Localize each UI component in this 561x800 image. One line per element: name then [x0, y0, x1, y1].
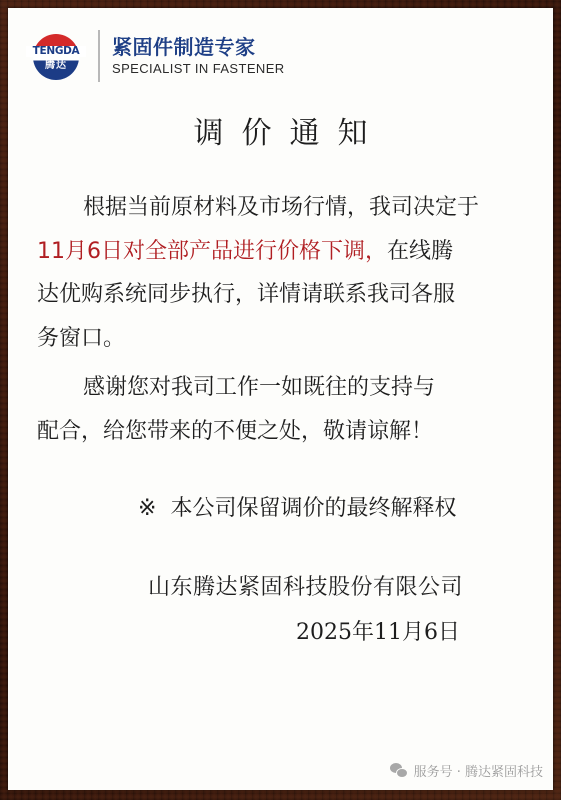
paragraph-2-line-2: 配合，给您带来的不便之处，敬请谅解！	[37, 410, 527, 454]
tengda-logo: TENGDA 腾达	[26, 31, 86, 81]
wechat-icon	[390, 763, 408, 778]
reservation-clause: ※本公司保留调价的最终解释权	[138, 489, 456, 529]
wechat-watermark: 服务号 · 腾达紧固科技	[390, 761, 543, 780]
paragraph-1-line-4: 务窗口。	[37, 317, 527, 361]
slogan-english: SPECIALIST IN FASTENER	[112, 61, 285, 77]
notice-date: 2025年11月6日	[296, 613, 460, 653]
logo-circle-icon	[33, 34, 79, 80]
company-header: TENGDA 腾达 紧固件制造专家 SPECIALIST IN FASTENER	[26, 28, 285, 84]
watermark-text: 服务号 · 腾达紧固科技	[414, 761, 543, 780]
reservation-text: 本公司保留调价的最终解释权	[170, 496, 456, 521]
logo-chinese-text: 腾达	[26, 60, 86, 72]
paragraph-2-line-1: 感谢您对我司工作一如既往的支持与	[37, 366, 527, 410]
notice-body: 根据当前原材料及市场行情，我司决定于 11月6日对全部产品进行价格下调，在线腾 …	[37, 186, 527, 453]
notice-paper: TENGDA 腾达 紧固件制造专家 SPECIALIST IN FASTENER…	[8, 8, 553, 790]
notice-title: 调价通知	[8, 108, 553, 152]
reference-mark-icon: ※	[138, 496, 156, 521]
price-reduction-highlight: 11月6日对全部产品进行价格下调，	[37, 239, 387, 264]
paragraph-1-line-1: 根据当前原材料及市场行情，我司决定于	[37, 186, 527, 230]
paragraph-1-line-2-rest: 在线腾	[387, 239, 453, 264]
logo-english-text: TENGDA	[26, 46, 86, 57]
slogan: 紧固件制造专家 SPECIALIST IN FASTENER	[112, 35, 285, 77]
paragraph-1-line-3: 达优购系统同步执行，详情请联系我司各服	[37, 273, 527, 317]
slogan-chinese: 紧固件制造专家	[112, 35, 285, 59]
header-divider	[98, 30, 100, 82]
company-signature: 山东腾达紧固科技股份有限公司	[148, 568, 463, 608]
paragraph-1-line-2: 11月6日对全部产品进行价格下调，在线腾	[37, 230, 527, 274]
